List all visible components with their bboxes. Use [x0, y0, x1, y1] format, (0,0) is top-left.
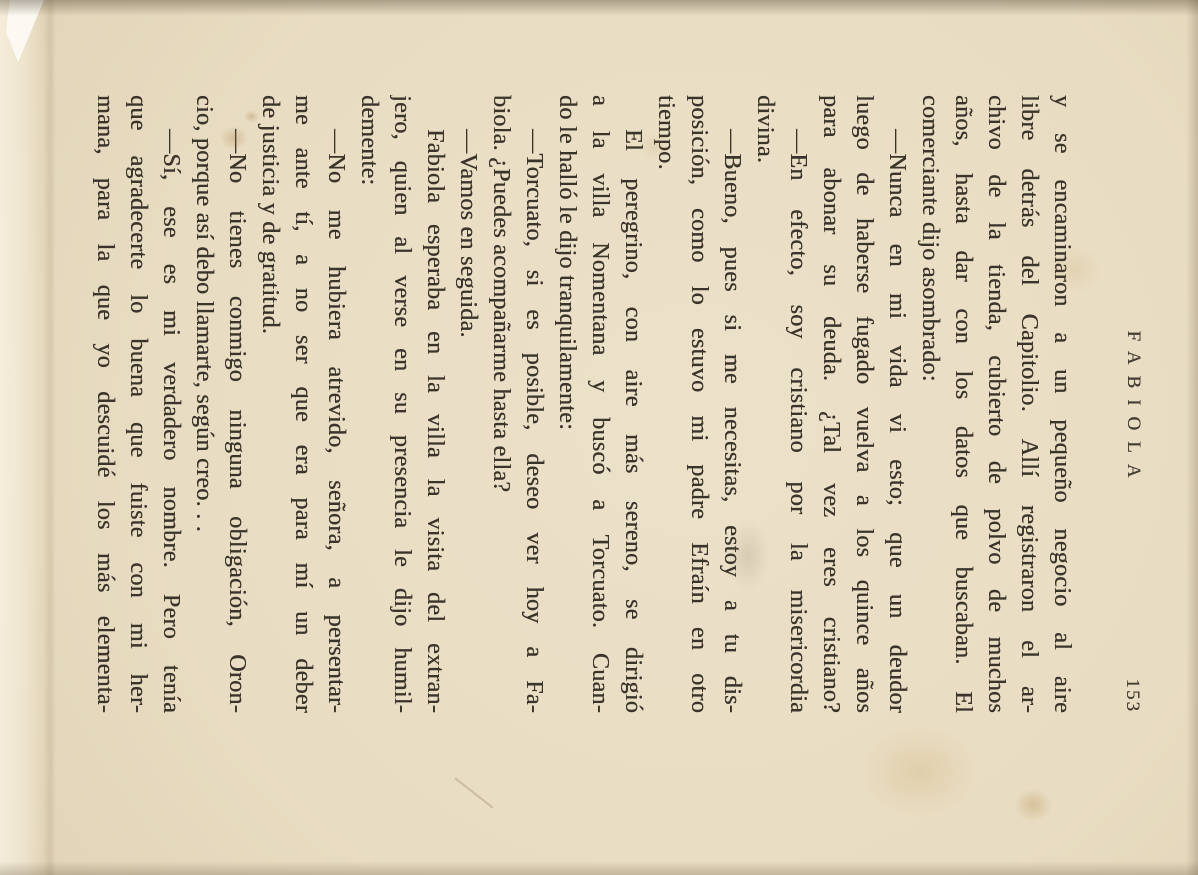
text-line: —En efecto, soy cristiano por la miseric…	[781, 95, 814, 713]
text-line: —No me hubiera atrevido, señora, a perse…	[319, 95, 352, 713]
text-line: demente:	[352, 95, 385, 713]
text-line: —Torcuato, si es posible, deseo ver hoy …	[517, 95, 550, 713]
text-line: —Nunca en mi vida vi esto; que un deudor	[880, 95, 913, 713]
text-line: —Sí, ese es mi verdadero nombre. Pero te…	[154, 95, 187, 713]
text-line: mana, para la que yo descuidé los más el…	[88, 95, 121, 713]
text-line: que agradecerte lo buena que fuiste con …	[121, 95, 154, 713]
text-line: libre detrás del Capitolio. Allí registr…	[1012, 95, 1045, 713]
text-line: luego de haberse fugado vuelva a los qui…	[847, 95, 880, 713]
text-line: do le halló le dijo tranquilamente:	[550, 95, 583, 713]
text-line: tiempo.	[649, 95, 682, 713]
text-line: jero, quien al verse en su presencia le …	[385, 95, 418, 713]
text-line: posición, como lo estuvo mi padre Efraín…	[682, 95, 715, 713]
text-line: me ante tí, a no ser que era para mí un …	[286, 95, 319, 713]
text-line: Fabiola esperaba en la villa la visita d…	[418, 95, 451, 713]
text-line: para abonar su deuda. ¿Tal vez eres cris…	[814, 95, 847, 713]
text-line: a la villa Nomentana y buscó a Torcuato.…	[583, 95, 616, 713]
text-line: —Vamos en seguida.	[451, 95, 484, 713]
header-title: FABIOLA	[1122, 95, 1144, 713]
text-line: El peregrino, con aire más sereno, se di…	[616, 95, 649, 713]
scanned-book-page: FABIOLA 153 y se encaminaron a un pequeñ…	[0, 0, 1198, 875]
running-header: FABIOLA 153	[1116, 95, 1144, 713]
text-line: años, hasta dar con los datos que buscab…	[946, 95, 979, 713]
book-page: FABIOLA 153 y se encaminaron a un pequeñ…	[0, 0, 1198, 875]
text-line: divina.	[748, 95, 781, 713]
text-line: y se encaminaron a un pequeño negocio al…	[1045, 95, 1078, 713]
text-line: de justicia y de gratitud.	[253, 95, 286, 713]
text-lines: y se encaminaron a un pequeño negocio al…	[88, 95, 1078, 713]
page-number: 153	[1121, 679, 1143, 714]
text-line: —No tienes conmigo ninguna obligación, O…	[220, 95, 253, 713]
text-line: —Bueno, pues si me necesitas, estoy a tu…	[715, 95, 748, 713]
text-line: biola. ¿Puedes acompañarme hasta ella?	[484, 95, 517, 713]
text-line: cio, porque así debo llamarte, según cre…	[187, 95, 220, 713]
text-line: chivo de la tienda, cubierto de polvo de…	[979, 95, 1012, 713]
text-line: comerciante dijo asombrado:	[913, 95, 946, 713]
